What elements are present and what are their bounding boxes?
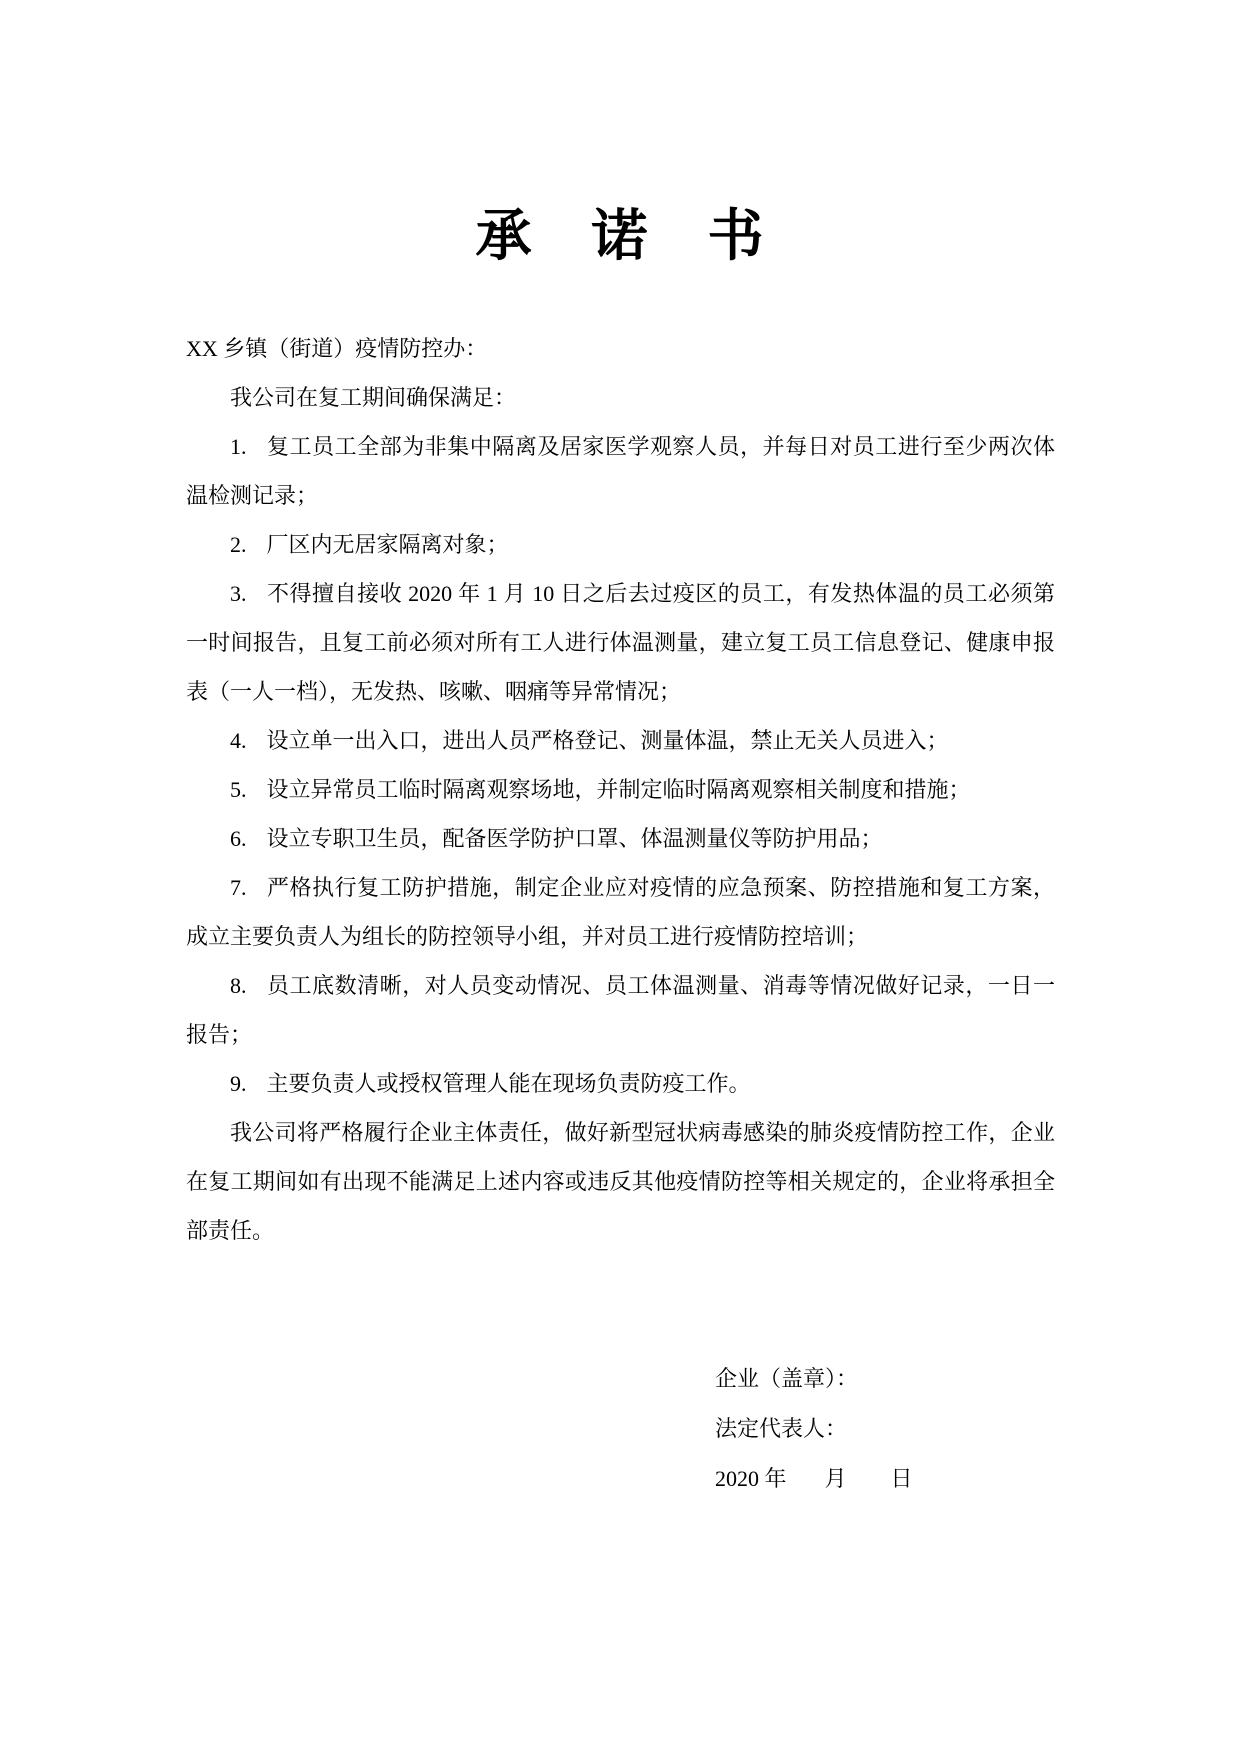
list-item-7-number: 7. — [230, 875, 247, 900]
list-item-4-number: 4. — [230, 728, 247, 753]
legal-representative-line: 法定代表人： — [715, 1404, 1055, 1454]
list-item-6-text: 设立专职卫生员，配备医学防护口罩、体温测量仪等防护用品； — [267, 826, 883, 851]
list-item-4-text: 设立单一出入口，进出人员严格登记、测量体温，禁止无关人员进入； — [267, 728, 949, 753]
list-item-9-text: 主要负责人或授权管理人能在现场负责防疫工作。 — [267, 1071, 751, 1096]
list-item-5: 5.设立异常员工临时隔离观察场地，并制定临时隔离观察相关制度和措施； — [186, 765, 1055, 814]
list-item-1: 1.复工员工全部为非集中隔离及居家医学观察人员，并每日对员工进行至少两次体温检测… — [186, 422, 1055, 520]
salutation-line: XX 乡镇（街道）疫情防控办： — [186, 324, 1055, 373]
date-month: 月 — [825, 1466, 847, 1491]
list-item-7: 7.严格执行复工防护措施，制定企业应对疫情的应急预案、防控措施和复工方案，成立主… — [186, 863, 1055, 961]
list-item-8-text: 员工底数清晰，对人员变动情况、员工体温测量、消毒等情况做好记录，一日一报告； — [186, 973, 1055, 1047]
list-item-6-number: 6. — [230, 826, 247, 851]
signature-block: 企业（盖章）： 法定代表人： 2020 年月日 — [715, 1354, 1055, 1504]
list-item-1-text: 复工员工全部为非集中隔离及居家医学观察人员，并每日对员工进行至少两次体温检测记录… — [186, 434, 1055, 508]
list-item-2-text: 厂区内无居家隔离对象； — [267, 532, 509, 557]
document-page: 承 诺 书 XX 乡镇（街道）疫情防控办： 我公司在复工期间确保满足： 1.复工… — [0, 0, 1241, 1754]
intro-paragraph: 我公司在复工期间确保满足： — [186, 373, 1055, 422]
list-item-9-number: 9. — [230, 1071, 247, 1096]
document-title: 承 诺 书 — [186, 201, 1055, 271]
list-item-3: 3.不得擅自接收 2020 年 1 月 10 日之后去过疫区的员工，有发热体温的… — [186, 569, 1055, 716]
list-item-3-number: 3. — [230, 581, 247, 606]
list-item-1-number: 1. — [230, 434, 247, 459]
list-item-3-text: 不得擅自接收 2020 年 1 月 10 日之后去过疫区的员工，有发热体温的员工… — [186, 581, 1055, 704]
date-line: 2020 年月日 — [715, 1454, 1055, 1504]
list-item-5-text: 设立异常员工临时隔离观察场地，并制定临时隔离观察相关制度和措施； — [267, 777, 971, 802]
list-item-7-text: 严格执行复工防护措施，制定企业应对疫情的应急预案、防控措施和复工方案，成立主要负… — [186, 875, 1055, 949]
list-item-8: 8.员工底数清晰，对人员变动情况、员工体温测量、消毒等情况做好记录，一日一报告； — [186, 961, 1055, 1059]
date-day: 日 — [891, 1466, 913, 1491]
closing-paragraph: 我公司将严格履行企业主体责任，做好新型冠状病毒感染的肺炎疫情防控工作，企业在复工… — [186, 1108, 1055, 1255]
list-item-4: 4.设立单一出入口，进出人员严格登记、测量体温，禁止无关人员进入； — [186, 716, 1055, 765]
list-item-5-number: 5. — [230, 777, 247, 802]
list-item-6: 6.设立专职卫生员，配备医学防护口罩、体温测量仪等防护用品； — [186, 814, 1055, 863]
list-item-2-number: 2. — [230, 532, 247, 557]
document-body: XX 乡镇（街道）疫情防控办： 我公司在复工期间确保满足： 1.复工员工全部为非… — [186, 324, 1055, 1504]
date-year: 2020 年 — [715, 1466, 787, 1491]
list-item-9: 9.主要负责人或授权管理人能在现场负责防疫工作。 — [186, 1059, 1055, 1108]
list-item-2: 2.厂区内无居家隔离对象； — [186, 520, 1055, 569]
list-item-8-number: 8. — [230, 973, 247, 998]
company-seal-line: 企业（盖章）： — [715, 1354, 1055, 1404]
